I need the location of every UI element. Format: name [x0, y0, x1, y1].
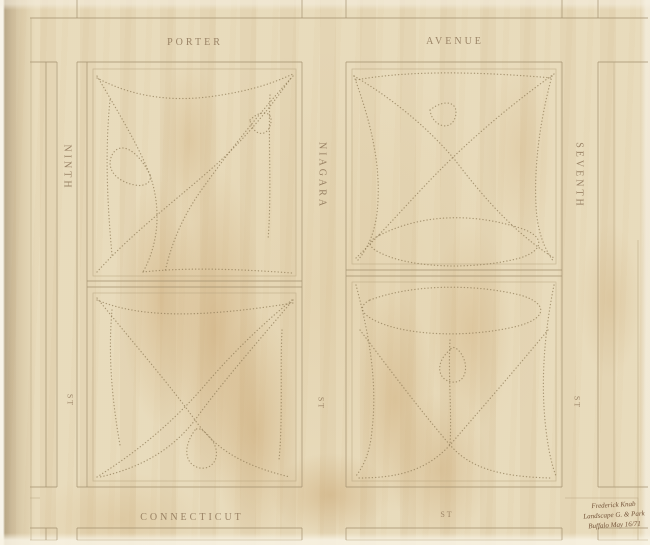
handwritten-inscription: Frederick Knab Landscape G. & Park Buffa…: [579, 498, 648, 532]
street-label-porter: PORTER: [135, 37, 255, 48]
street-label-niagara: NIAGARA: [317, 131, 328, 221]
map-sheet: PORTER AVENUE CONNECTICUT ST NINTH NIAGA…: [0, 0, 650, 545]
street-label-seventh-st: ST: [573, 388, 582, 418]
path-network-left-lower: [97, 298, 293, 477]
street-label-ninth: NINTH: [62, 123, 73, 213]
block-borders: [30, 69, 638, 528]
street-label-seventh: SEVENTH: [574, 131, 585, 221]
plan-linework: [0, 0, 650, 545]
path-network-right-lower: [356, 285, 556, 478]
street-label-connecticut-st: ST: [427, 510, 467, 519]
street-label-connecticut: CONNECTICUT: [112, 512, 272, 523]
street-label-niagara-st: ST: [317, 389, 326, 419]
street-label-avenue: AVENUE: [395, 36, 515, 47]
path-network-right-upper: [354, 73, 554, 266]
street-label-ninth-st: ST: [66, 386, 75, 416]
path-network-left-upper: [97, 74, 293, 273]
